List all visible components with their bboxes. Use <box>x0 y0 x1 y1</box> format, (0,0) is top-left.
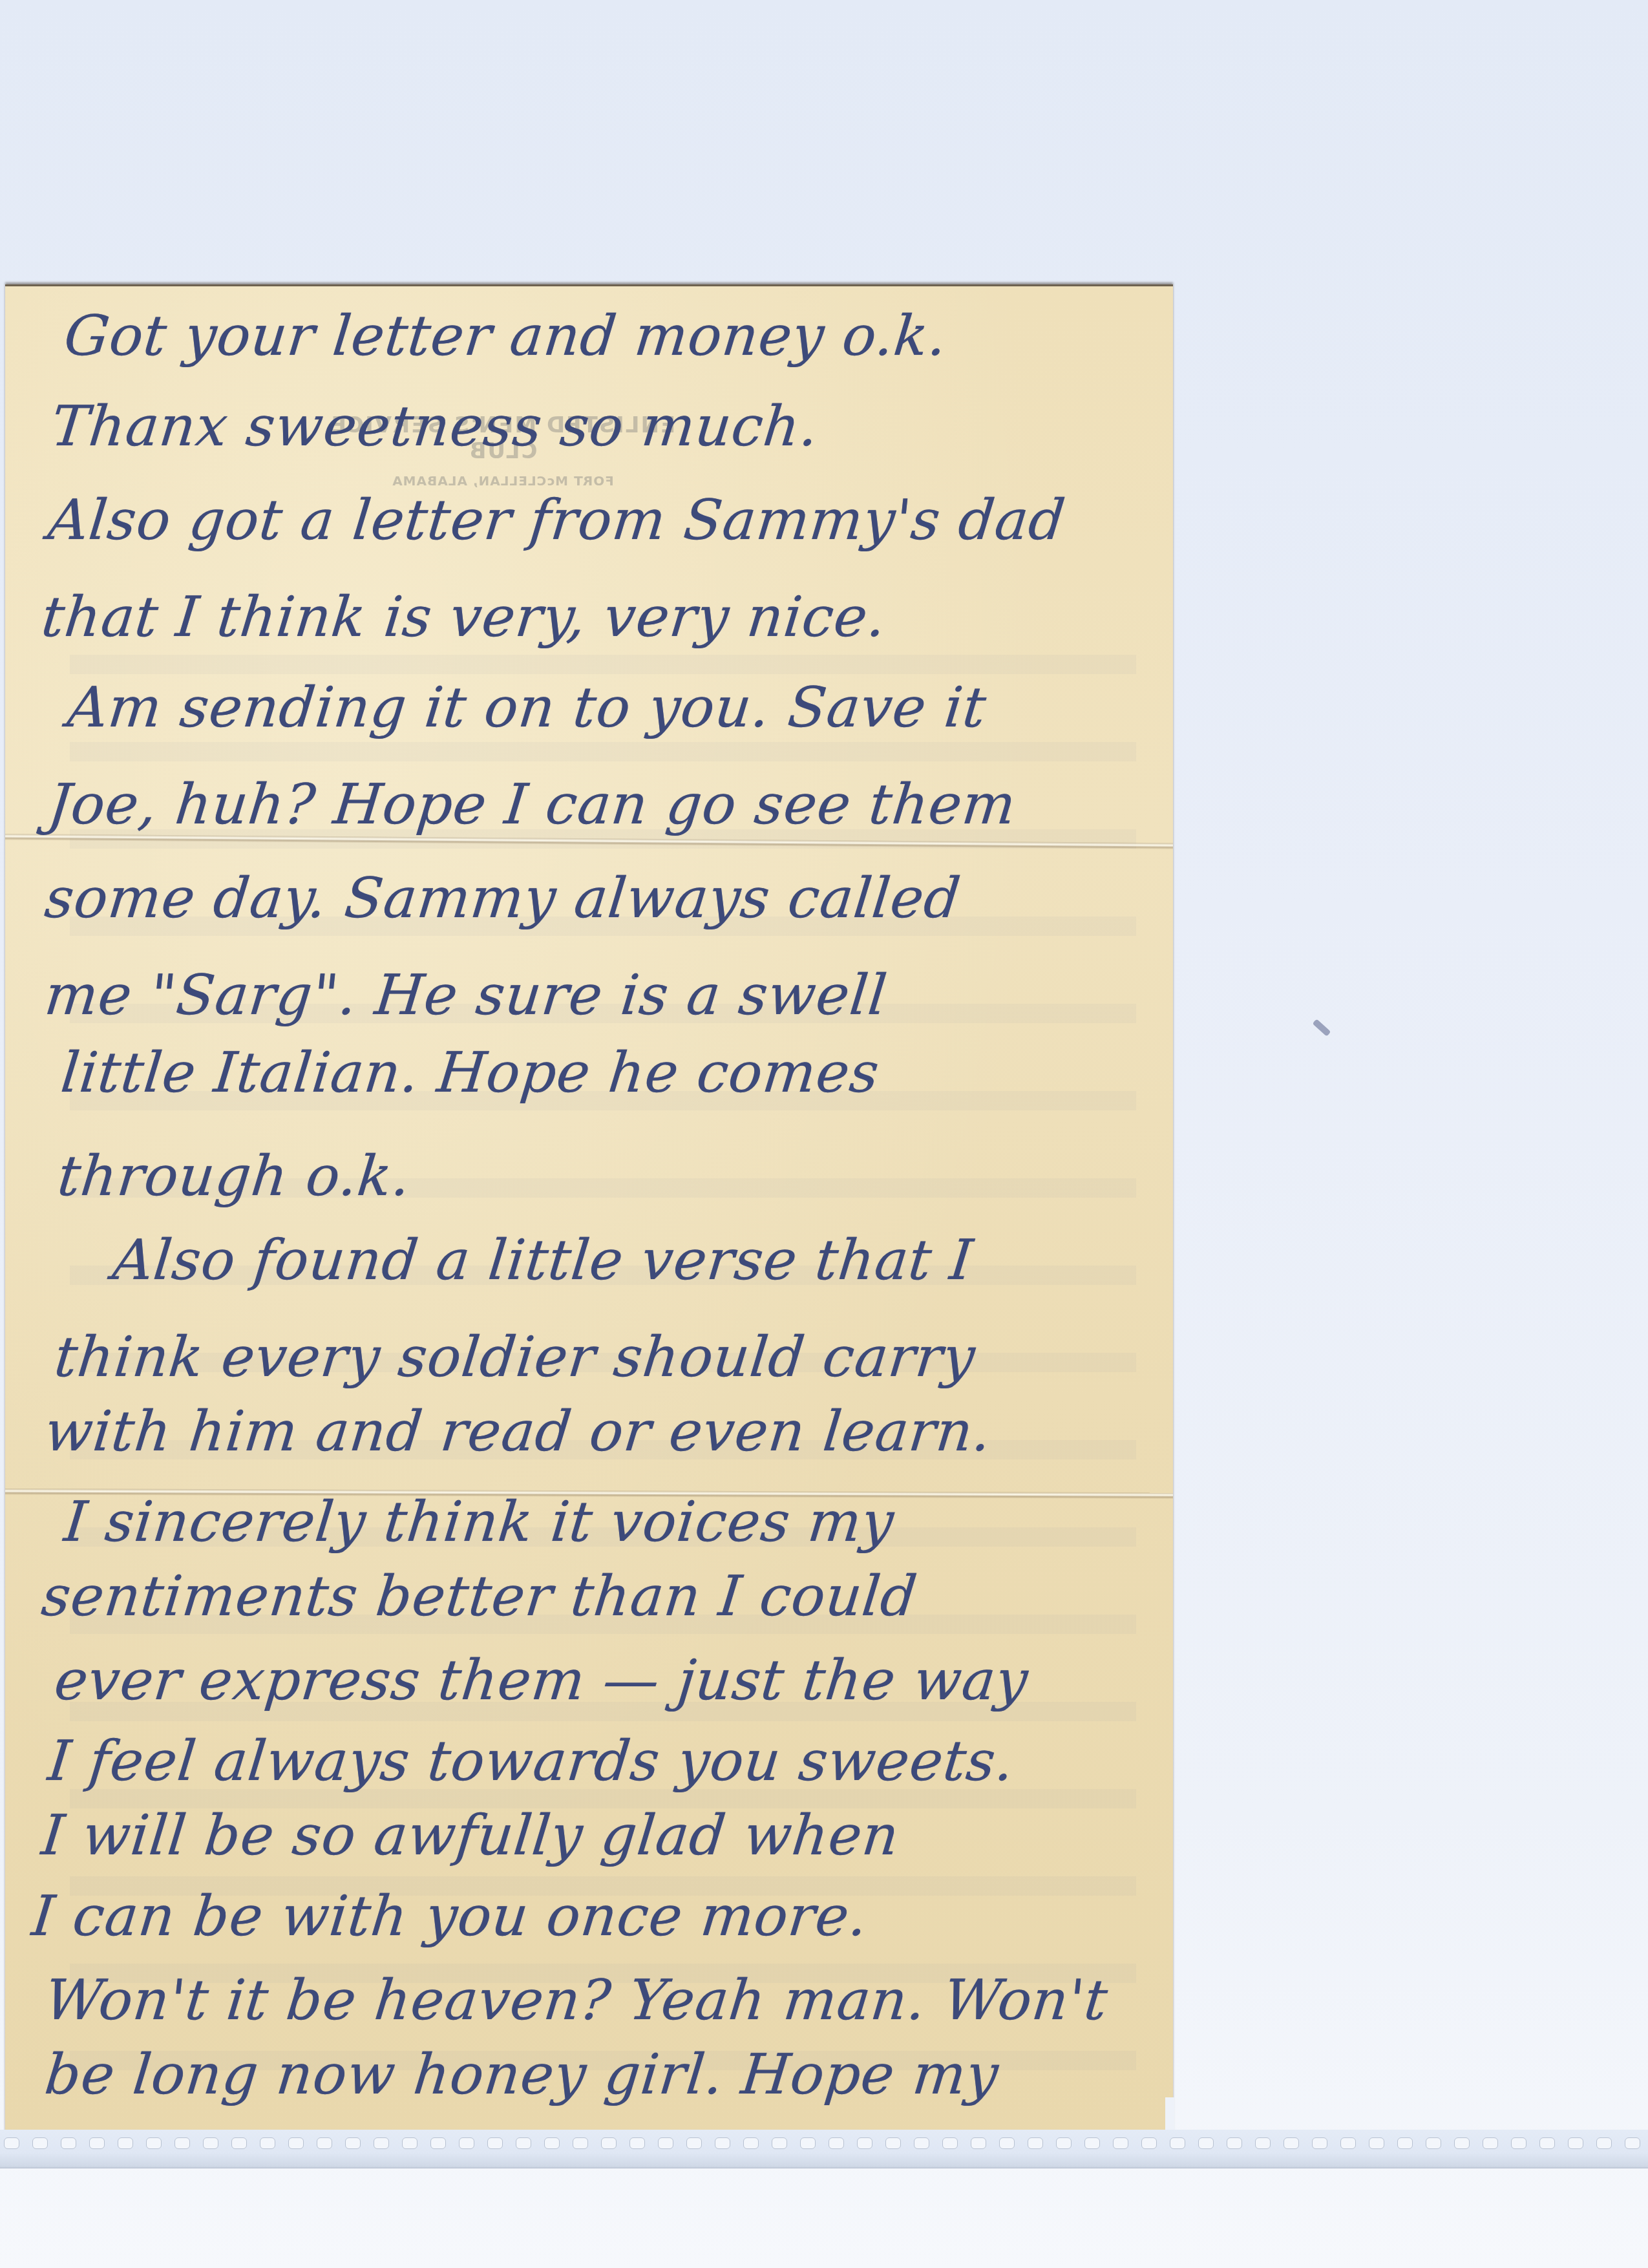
text-line: Joe, huh? Hope I can go see them <box>45 772 1019 837</box>
perforation <box>516 2137 531 2149</box>
perforation <box>146 2137 162 2149</box>
text-line: I sincerely think it voices my <box>61 1490 898 1554</box>
perforation <box>317 2137 332 2149</box>
perforation <box>374 2137 389 2149</box>
perforation <box>885 2137 901 2149</box>
text-line: with him and read or even learn. <box>42 1399 995 1464</box>
perforation <box>1170 2137 1185 2149</box>
text-line: some day. Sammy always called <box>42 866 964 931</box>
text-line: be long now honey girl. Hope my <box>42 2042 1002 2107</box>
perforation <box>601 2137 617 2149</box>
perforation <box>942 2137 958 2149</box>
perforation <box>1255 2137 1271 2149</box>
perforation <box>1625 2137 1640 2149</box>
text-line: Thanx sweetness so much. <box>48 394 822 459</box>
perforation <box>658 2137 673 2149</box>
text-line: Am sending it on to you. Save it <box>65 675 989 740</box>
perforation <box>487 2137 503 2149</box>
text-line: that I think is very, very nice. <box>39 585 889 650</box>
perforation <box>1198 2137 1214 2149</box>
perforation <box>89 2137 105 2149</box>
plastic-sleeve-edge <box>0 2130 1648 2168</box>
perforation <box>288 2137 304 2149</box>
text-line: Won't it be heaven? Yeah man. Won't <box>42 1968 1111 2033</box>
perforation <box>857 2137 872 2149</box>
perforation <box>1483 2137 1498 2149</box>
perforation <box>829 2137 844 2149</box>
perforation <box>1369 2137 1384 2149</box>
perforation <box>1511 2137 1527 2149</box>
perforation <box>430 2137 446 2149</box>
perforation <box>1141 2137 1157 2149</box>
perforation <box>1028 2137 1043 2149</box>
perforation <box>231 2137 247 2149</box>
perforation <box>1084 2137 1100 2149</box>
perforation <box>1596 2137 1612 2149</box>
perforation <box>402 2137 417 2149</box>
perforation <box>4 2137 19 2149</box>
perforation <box>999 2137 1015 2149</box>
perforation <box>1056 2137 1072 2149</box>
perforation <box>743 2137 759 2149</box>
perforation <box>544 2137 560 2149</box>
perforation <box>914 2137 929 2149</box>
perforation <box>1312 2137 1327 2149</box>
perforation <box>203 2137 218 2149</box>
perforation <box>1539 2137 1555 2149</box>
perforation <box>61 2137 76 2149</box>
perforation <box>1568 2137 1583 2149</box>
letterhead-location: FORT McCLELLAN, ALABAMA <box>322 473 684 489</box>
perforation <box>118 2137 133 2149</box>
perforation <box>459 2137 474 2149</box>
perforation <box>629 2137 645 2149</box>
perforation <box>1340 2137 1356 2149</box>
perforation <box>1113 2137 1128 2149</box>
text-line: I will be so awfully glad when <box>39 1803 902 1868</box>
perforation <box>971 2137 986 2149</box>
text-line: through o.k. <box>55 1144 414 1209</box>
perforation <box>260 2137 275 2149</box>
text-line: Also got a letter from Sammy's dad <box>45 488 1069 553</box>
text-line: sentiments better than I could <box>39 1564 920 1629</box>
perforation <box>1284 2137 1299 2149</box>
perforation <box>1454 2137 1470 2149</box>
perforation <box>345 2137 361 2149</box>
text-line: Got your letter and money o.k. <box>61 304 951 368</box>
text-line: me "Sarg". He sure is a swell <box>42 963 891 1028</box>
text-line: ever express them — just the way <box>52 1648 1031 1713</box>
perforation <box>686 2137 702 2149</box>
perforation <box>772 2137 787 2149</box>
perforation <box>715 2137 730 2149</box>
text-line: Also found a little verse that I <box>110 1228 977 1293</box>
text-line: I feel always towards you sweets. <box>45 1729 1018 1794</box>
perforation <box>32 2137 48 2149</box>
perforation <box>1426 2137 1441 2149</box>
text-line: think every soldier should carry <box>52 1325 978 1390</box>
text-line: little Italian. Hope he comes <box>58 1041 883 1105</box>
text-line: I can be with you once more. <box>29 1884 871 1949</box>
sleeve-perforations <box>4 2137 1648 2149</box>
perforation <box>1397 2137 1413 2149</box>
perforation <box>573 2137 588 2149</box>
perforation <box>1227 2137 1242 2149</box>
perforation <box>174 2137 190 2149</box>
perforation <box>800 2137 816 2149</box>
